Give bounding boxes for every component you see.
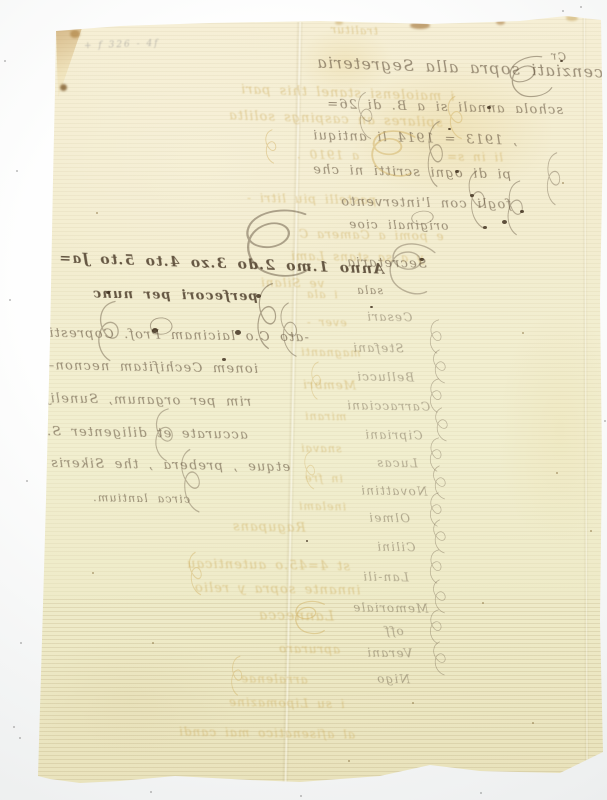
paper-fleck	[522, 332, 524, 334]
ink-line: Lucas	[376, 456, 418, 471]
edge-stain	[566, 15, 578, 21]
bleed-through-line: Ragupans	[232, 519, 306, 535]
ink-line: off	[384, 624, 404, 638]
ink-flourish-stroke	[404, 206, 444, 241]
ink-line: Cr	[549, 49, 566, 64]
ink-flourish-stroke	[459, 167, 498, 232]
paper-fleck	[348, 760, 350, 762]
ink-line: Cilini	[376, 540, 416, 555]
bleed-flourish-stroke	[299, 449, 324, 490]
bleed-through-line: inelami	[298, 500, 346, 514]
edge-stain	[70, 30, 80, 38]
scanner-speckle	[562, 10, 564, 12]
ink-line: Cipriani	[364, 427, 423, 442]
paper-fleck	[92, 572, 94, 574]
scanner-speckle	[9, 299, 11, 301]
scanner-speckle	[16, 170, 18, 172]
edge-stain	[60, 84, 67, 91]
paper-fleck	[556, 472, 558, 474]
ink-flourish-stroke	[144, 314, 180, 352]
ink-flourish-stroke	[426, 639, 455, 677]
manuscript-page: tralituri maiolensi stanel this parispil…	[0, 0, 607, 800]
scanned-document: tralituri maiolensi stanel this parispil…	[0, 0, 607, 800]
scanner-speckle	[480, 792, 482, 794]
scanner-speckle	[580, 6, 582, 8]
bleed-flourish-stroke	[290, 598, 328, 640]
bleed-flourish-stroke	[440, 93, 475, 142]
ink-line: Lan-ili	[362, 570, 409, 585]
ink-flourish-stroke	[497, 176, 537, 237]
scanner-speckle	[13, 726, 15, 728]
bleed-through-line: a 1910 .	[296, 147, 359, 162]
bleed-flourish-stroke	[224, 653, 252, 697]
ink-flourish-stroke	[271, 298, 311, 359]
bleed-flourish-stroke	[305, 359, 330, 400]
bleed-flourish-stroke	[361, 123, 421, 186]
paper-fleck	[562, 182, 564, 184]
bleed-flourish-stroke	[182, 549, 212, 597]
ink-blot	[152, 328, 158, 333]
ink-line: Nigo	[376, 672, 410, 687]
bleed-through-line: i su Lipomazine	[228, 695, 345, 711]
ink-blot	[502, 220, 507, 224]
scanner-speckle	[300, 795, 302, 797]
ink-flourish-stroke	[538, 149, 572, 207]
ink-line: Novattini	[360, 483, 428, 498]
ink-line: Memoriale	[352, 600, 429, 615]
edge-stain	[496, 19, 505, 25]
bleed-through-line: mirani	[304, 410, 347, 424]
scanner-speckle	[20, 642, 22, 644]
paper-fleck	[482, 602, 484, 604]
scanner-speckle	[4, 60, 6, 62]
paper-fleck	[96, 212, 98, 214]
paper-fleck	[412, 702, 414, 704]
bleed-through-line: st 4=45.o autenticau	[186, 557, 350, 575]
ink-flourish-stroke	[84, 295, 138, 365]
ink-line: Carracciani	[346, 398, 430, 413]
ink-line: Olmei	[368, 511, 410, 526]
bleed-through-line: innante sopra y relio	[194, 581, 361, 599]
ink-line: Verani	[366, 646, 413, 661]
paper-fleck	[590, 530, 592, 532]
bleed-through-line: tralitur	[330, 23, 378, 38]
scanner-speckle	[26, 480, 28, 482]
bleed-through-line: apruraro	[278, 641, 340, 656]
paper-fleck	[152, 642, 154, 644]
scanner-speckle	[604, 420, 606, 422]
bleed-through-line: ever -	[306, 316, 347, 330]
edge-stain	[410, 22, 430, 29]
ink-blot	[256, 294, 261, 298]
bleed-through-line: li in s=	[446, 150, 503, 165]
ink-line: Bellucci	[356, 369, 414, 384]
scanner-speckle	[19, 737, 21, 739]
ink-line: Cesari	[366, 310, 413, 325]
scanner-speckle	[150, 791, 152, 793]
ink-blot	[306, 540, 308, 542]
bleed-through-line: i ala	[306, 288, 338, 302]
bleed-flourish-stroke	[260, 128, 284, 164]
ink-flourish-stroke	[232, 201, 319, 294]
ink-flourish-stroke	[171, 444, 216, 516]
paper-fleck	[532, 722, 534, 724]
ink-line: Stefani	[352, 341, 404, 356]
ink-blot	[235, 330, 241, 335]
